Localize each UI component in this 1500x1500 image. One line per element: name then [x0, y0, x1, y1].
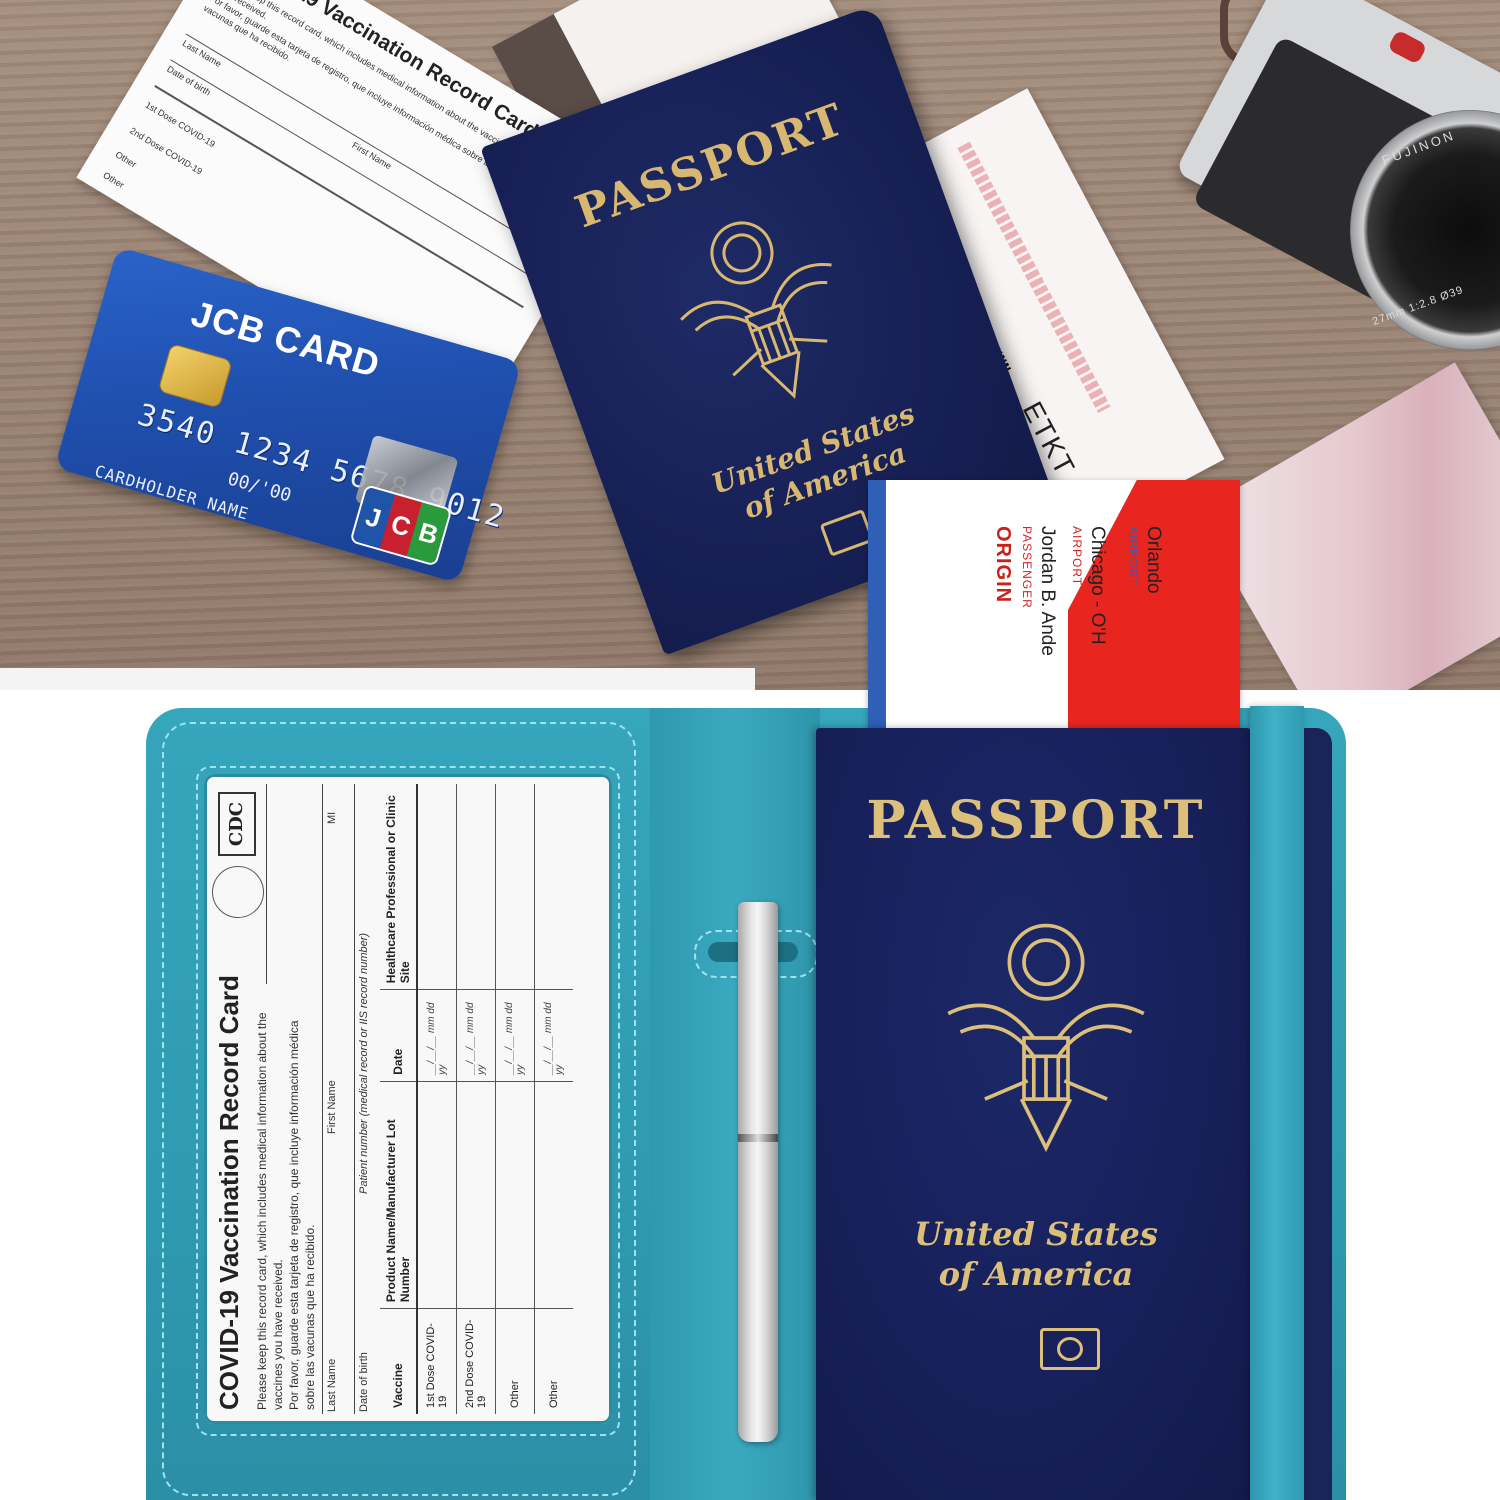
- product-cell: [496, 1081, 535, 1308]
- desc-en: Please keep this record card, which incl…: [255, 1012, 285, 1410]
- first-name-label: First Name: [326, 1080, 338, 1134]
- patient-number-label: Patient number (medical record or IIS re…: [358, 933, 370, 1194]
- passport-country: United States of America: [816, 1214, 1256, 1294]
- hhs-seal-icon: [212, 866, 264, 918]
- cardholder-name: CARDHOLDER NAME: [93, 461, 252, 523]
- elastic-band: [1250, 706, 1304, 1500]
- airline-name-line2: AIRLI: [897, 526, 942, 640]
- boarding-pass: AMERI AIRLI ORIGIN PASSENGER Jordan B. A…: [868, 480, 1240, 740]
- date-cell: __/__/__ mm dd yy: [535, 990, 574, 1081]
- biometric-chip-icon: [820, 509, 875, 557]
- desc-es: Por favor, guarde esta tarjeta de regist…: [287, 1020, 317, 1410]
- table-row: Other __/__/__ mm dd yy: [496, 784, 535, 1414]
- col-vaccine: Vaccine: [380, 1309, 417, 1414]
- airline-name-line1: AMERI: [937, 526, 982, 665]
- vaccination-card-desc: Please keep this record card, which incl…: [254, 990, 318, 1410]
- passport-title: PASSPORT: [816, 790, 1256, 851]
- passenger-label: PASSENGER: [1020, 526, 1034, 609]
- origin-label: ORIGIN: [991, 526, 1014, 603]
- date-cell: __/__/__ mm dd yy: [496, 990, 535, 1081]
- row-other: Other: [101, 170, 125, 190]
- country-line2: of America: [939, 1255, 1134, 1293]
- title-rule: [266, 784, 267, 984]
- card-window: COVID-19 Vaccination Record Card Please …: [204, 774, 612, 1424]
- col-site: Healthcare Professional or Clinic Site: [380, 784, 417, 990]
- travel-flatlay-scene: Flight MU5276 Seat 43A Date ETKT COVID-1…: [0, 0, 1500, 690]
- date-cell: __/__/__ mm dd yy: [457, 990, 496, 1081]
- airport-destination: Orlando: [1142, 526, 1164, 594]
- table-row: 1st Dose COVID-19 __/__/__ mm dd yy: [417, 784, 457, 1414]
- vaccine-cell: Other: [496, 1309, 535, 1414]
- passenger-name: Jordan B. Ande: [1036, 526, 1058, 656]
- marble-notebook: [1195, 362, 1500, 690]
- product-cell: [457, 1081, 496, 1308]
- site-cell: [457, 784, 496, 990]
- dob-line: [354, 784, 355, 1414]
- col-date: Date: [380, 990, 417, 1081]
- site-cell: [496, 784, 535, 990]
- site-cell: [535, 784, 574, 990]
- site-cell: [417, 784, 457, 990]
- pen-icon: [738, 902, 778, 1442]
- shutter-button-icon: [1387, 29, 1427, 64]
- pen-band: [738, 1134, 778, 1142]
- table-row: 2nd Dose COVID-19 __/__/__ mm dd yy: [457, 784, 496, 1414]
- white-divider: [0, 668, 755, 690]
- camera: FUJINON 27mm 1:2.8 Ø39: [1160, 0, 1500, 390]
- airport-label: AIRPORT: [1070, 526, 1084, 586]
- vaccine-table: Vaccine Product Name/Manufacturer Lot Nu…: [380, 784, 573, 1414]
- date-cell: __/__/__ mm dd yy: [417, 990, 457, 1081]
- mi-label: MI: [326, 812, 338, 824]
- vaccine-cell: 1st Dose COVID-19: [417, 1309, 457, 1414]
- airport-origin: Chicago - O'H: [1086, 526, 1108, 645]
- row-other: Other: [114, 149, 138, 169]
- last-name-label: Last Name: [326, 1359, 338, 1412]
- dob-label: Date of birth: [358, 1352, 370, 1412]
- airport-label: AIRPORT: [1126, 526, 1140, 586]
- vaccine-cell: 2nd Dose COVID-19: [457, 1309, 496, 1414]
- product-cell: [535, 1081, 574, 1308]
- cdc-logo: CDC: [218, 792, 256, 856]
- vaccination-card: COVID-19 Vaccination Record Card Please …: [204, 774, 612, 1424]
- name-line: [322, 784, 323, 1414]
- vaccination-card-title: COVID-19 Vaccination Record Card: [214, 975, 245, 1410]
- lens-spec: 27mm 1:2.8 Ø39: [1371, 284, 1465, 328]
- vaccine-cell: Other: [535, 1309, 574, 1414]
- col-product: Product Name/Manufacturer Lot Number: [380, 1081, 417, 1308]
- product-cell: [417, 1081, 457, 1308]
- biometric-chip-icon: [1040, 1328, 1100, 1370]
- eagle-emblem-icon: [936, 908, 1156, 1168]
- chip-icon: [158, 343, 233, 409]
- passport: PASSPORT United States of America: [816, 728, 1256, 1500]
- holder-spine: [650, 708, 820, 1500]
- country-line1: United States: [914, 1215, 1158, 1253]
- eagle-emblem-icon: [644, 186, 882, 436]
- table-row: Other __/__/__ mm dd yy: [535, 784, 574, 1414]
